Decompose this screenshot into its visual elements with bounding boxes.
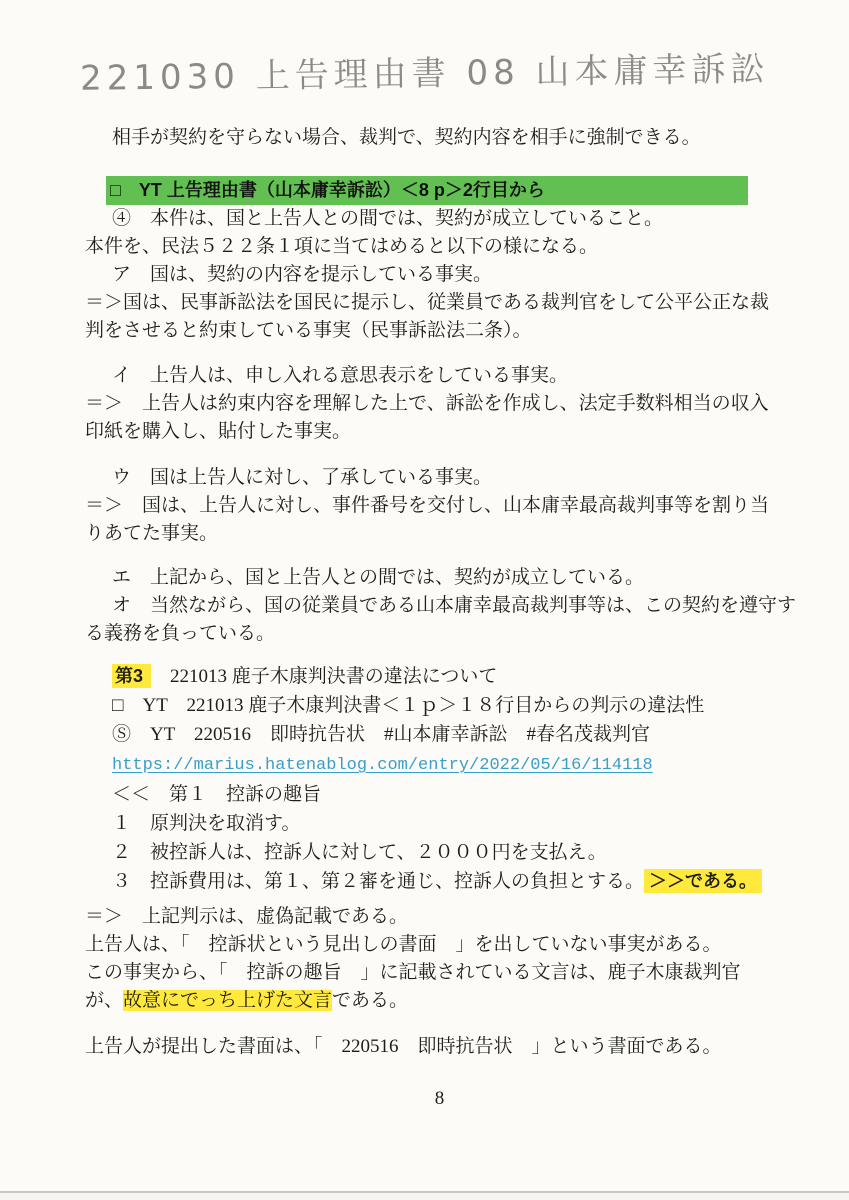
body-line: が、故意にでっち上げた文言である。 <box>85 987 785 1015</box>
body-line: イ 上告人は、申し入れる意思表示をしている事実。 <box>85 362 785 390</box>
body-line: りあてた事実。 <box>85 520 785 548</box>
scanned-document-page: 221030 上告理由書 08 山本庸幸訴訟 相手が契約を守らない場合、裁判で、… <box>0 0 849 1200</box>
url-line: https://marius.hatenablog.com/entry/2022… <box>85 749 785 780</box>
contract-elements-paragraph: ④ 本件は、国と上告人との間では、契約が成立していること。 本件を、民法５２２条… <box>85 205 785 345</box>
item-i-paragraph: イ 上告人は、申し入れる意思表示をしている事実。 ＝＞ 上告人は約束内容を理解し… <box>85 362 785 446</box>
body-line: ＝＞ 上告人は約束内容を理解した上で、訴訟を作成し、法定手数料相当の収入 <box>85 390 785 418</box>
fabricated-phrase-highlight: 故意にでっち上げた文言 <box>123 990 332 1011</box>
body-line: □ YT 221013 鹿子木康判決書＜１ｐ＞１８行目からの判示の違法性 <box>85 691 785 720</box>
intro-line: 相手が契約を守らない場合、裁判で、契約内容を相手に強制できる。 <box>85 124 785 152</box>
body-line: 上告人は、「 控訴状という見出しの書面 」を出していない事実がある。 <box>85 931 785 959</box>
body-line: 本件を、民法５２２条１項に当てはめると以下の様になる。 <box>85 233 785 261</box>
body-line: Ⓢ YT 220516 即時抗告状 #山本庸幸訴訟 #春名茂裁判官 <box>85 720 785 749</box>
green-heading-text: □ YT 上告理由書（山本庸幸訴訟）＜8 p＞2行目から <box>106 176 748 205</box>
rebuttal-suffix: である。 <box>332 990 408 1011</box>
body-line: 印紙を購入し、貼付した事実。 <box>85 418 785 446</box>
body-line: ア 国は、契約の内容を提示している事実。 <box>85 261 785 289</box>
intro-paragraph: 相手が契約を守らない場合、裁判で、契約内容を相手に強制できる。 <box>85 124 785 152</box>
body-line: 判をさせると約束している事実（民事訴訟法二条）。 <box>85 317 785 345</box>
quote-line: ＜＜ 第１ 控訴の趣旨 <box>85 780 785 809</box>
section-3-heading: 第3 221013 鹿子木康判決書の違法について <box>85 662 785 691</box>
body-line: ＝＞国は、民事訴訟法を国民に提示し、従業員である裁判官をして公平公正な裁 <box>85 289 785 317</box>
body-line: る義務を負っている。 <box>85 620 785 648</box>
quote-end-highlight: ＞＞である。 <box>644 869 762 893</box>
body-line: ④ 本件は、国と上告人との間では、契約が成立していること。 <box>85 205 785 233</box>
page-number: 8 <box>0 1088 849 1110</box>
closing-paragraph: 上告人が提出した書面は、「 220516 即時抗告状 」という書面である。 <box>85 1033 785 1061</box>
blog-url-link[interactable]: https://marius.hatenablog.com/entry/2022… <box>112 756 653 775</box>
body-line: ウ 国は上告人に対し、了承している事実。 <box>85 464 785 492</box>
body-line: ＝＞ 国は、上告人に対し、事件番号を交付し、山本庸幸最高裁判事等を割り当 <box>85 492 785 520</box>
section-3-block: 第3 221013 鹿子木康判決書の違法について □ YT 221013 鹿子木… <box>85 662 785 896</box>
rebuttal-paragraph: ＝＞ 上記判示は、虚偽記載である。 上告人は、「 控訴状という見出しの書面 」を… <box>85 903 785 1015</box>
green-highlight-heading: □ YT 上告理由書（山本庸幸訴訟）＜8 p＞2行目から <box>106 176 748 205</box>
body-line: この事実から、「 控訴の趣旨 」に記載されている文言は、鹿子木康裁判官 <box>85 959 785 987</box>
scan-footer-strip <box>0 1193 849 1200</box>
section-3-title: 221013 鹿子木康判決書の違法について <box>151 666 497 687</box>
quote-line: ３ 控訴費用は、第１、第２審を通じ、控訴人の負担とする。＞＞である。 <box>85 867 785 896</box>
item-u-paragraph: ウ 国は上告人に対し、了承している事実。 ＝＞ 国は、上告人に対し、事件番号を交… <box>85 464 785 548</box>
handwritten-title: 221030 上告理由書 08 山本庸幸訴訟 <box>80 41 770 100</box>
section-3-label-highlight: 第3 <box>112 664 151 688</box>
body-line: 上告人が提出した書面は、「 220516 即時抗告状 」という書面である。 <box>85 1033 785 1061</box>
body-line: オ 当然ながら、国の従業員である山本庸幸最高裁判事等は、この契約を遵守す <box>85 592 785 620</box>
rebuttal-prefix: が、 <box>85 990 123 1011</box>
quote-line-text: ３ 控訴費用は、第１、第２審を通じ、控訴人の負担とする。 <box>112 871 644 892</box>
item-e-o-paragraph: エ 上記から、国と上告人との間では、契約が成立している。 オ 当然ながら、国の従… <box>85 564 785 648</box>
body-line: エ 上記から、国と上告人との間では、契約が成立している。 <box>85 564 785 592</box>
quote-line: １ 原判決を取消す。 <box>85 809 785 838</box>
body-line: ＝＞ 上記判示は、虚偽記載である。 <box>85 903 785 931</box>
quote-line: ２ 被控訴人は、控訴人に対して、２０００円を支払え。 <box>85 838 785 867</box>
